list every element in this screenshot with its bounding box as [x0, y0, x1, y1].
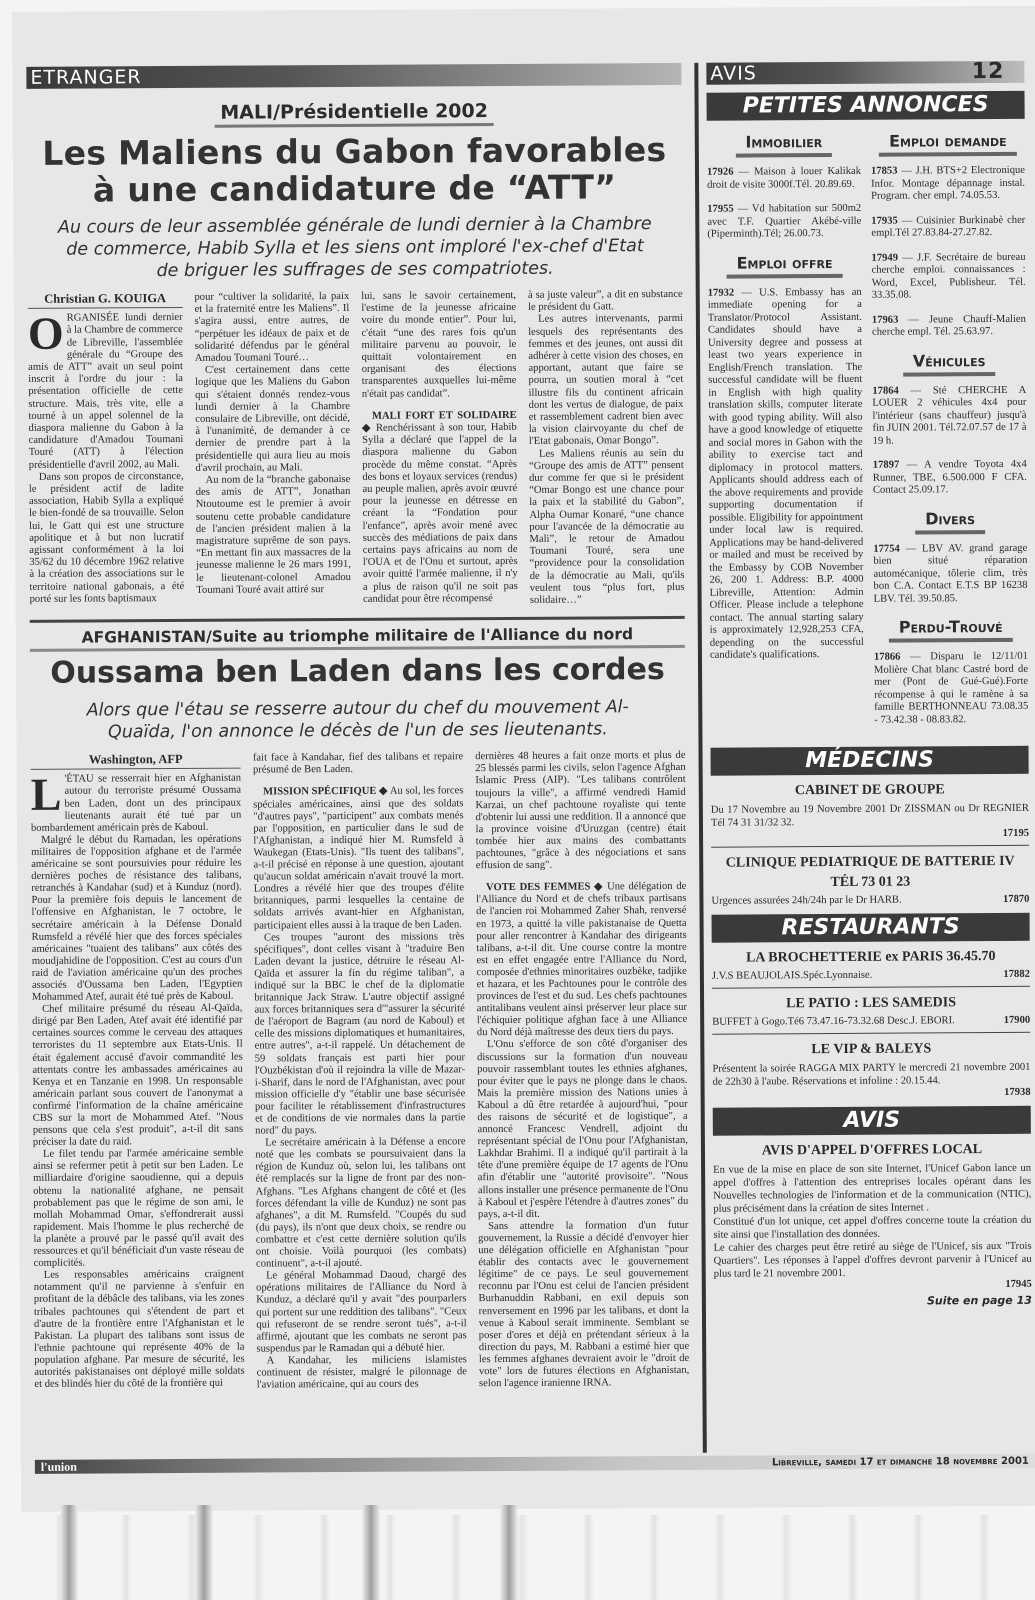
- page-footer: l'union Libreville, samedi 17 et dimanch…: [35, 1454, 1035, 1474]
- ad-ref: 17882: [1003, 969, 1030, 980]
- category-perdu-trouve: Perdu-Trouvé: [874, 617, 1028, 646]
- classified-ad: 17864 — Sté CHERCHE A LOUER 2 véhicules …: [872, 384, 1026, 447]
- cabinet-text: Du 17 Novembre au 19 Novembre 2001 Dr ZI…: [711, 802, 1029, 830]
- afgh-byline: Washington, AFP: [31, 753, 241, 770]
- classified-ad: 17935 — Cuisinier Burkinabè cher empl.Té…: [871, 214, 1025, 240]
- afgh-subhead-mission: MISSION SPÉCIFIQUE ◆: [263, 786, 387, 798]
- newspaper-logo: l'union: [41, 1459, 77, 1474]
- scan-artifact: [195, 1505, 213, 1600]
- issue-date: Libreville, samedi 17 et dimanche 18 nov…: [772, 1455, 1029, 1468]
- ad-ref: 17870: [1003, 894, 1030, 905]
- classified-ad: 17949 — J.F. Secrétaire de bureau cherch…: [871, 251, 1025, 302]
- section-header-etranger: ETRANGER: [26, 63, 681, 89]
- medecins-banner: MÉDECINS: [711, 746, 1029, 776]
- clinique-text: Urgences assurées 24h/24h par le Dr HARB…: [711, 895, 901, 907]
- mali-article-body: Christian G. KOUIGA ORGANISÉE lundi dern…: [28, 289, 685, 610]
- afghanistan-headline: Oussama ben Laden dans les cordes: [30, 652, 685, 692]
- mali-kicker: MALI/Présidentielle 2002: [27, 99, 682, 129]
- classifieds-left: Immobilier 17926 — Maison à louer Kalika…: [707, 124, 865, 740]
- afghanistan-deck: Alors que l'étau se resserre autour du c…: [30, 696, 685, 744]
- avis-title: AVIS D'APPEL D'OFFRES LOCAL: [713, 1142, 1031, 1160]
- category-vehicules: Véhicules: [872, 350, 1026, 379]
- scan-artifact: [60, 1505, 78, 1600]
- article-divider: [30, 616, 685, 623]
- category-emploi-demande: Emploi demande: [871, 131, 1025, 160]
- section-header-avis: AVIS 12: [706, 61, 1024, 85]
- ad-ref: 17195: [1003, 828, 1030, 839]
- classified-ad: 17955 — Vd habitation sur 500m2 avec T.F…: [707, 203, 861, 241]
- clinique-phone: TÉL 73 01 23: [711, 874, 1029, 892]
- cabinet-title: CABINET DE GROUPE: [711, 782, 1029, 800]
- newspaper-page: ETRANGER MALI/Présidentielle 2002 Les Ma…: [12, 6, 1035, 1512]
- category-immobilier: Immobilier: [707, 132, 861, 161]
- mali-column-3: lui, sans le savoir certainement, l'esti…: [361, 290, 518, 608]
- page-number: 12: [972, 61, 1025, 83]
- category-emploi-offre: Emploi offre: [707, 252, 861, 281]
- dropcap: L: [31, 776, 62, 814]
- afghanistan-kicker: AFGHANISTAN/Suite au triomphe militaire …: [30, 625, 685, 652]
- afgh-subhead-vote: VOTE DES FEMMES ◆: [486, 882, 603, 894]
- etranger-section: ETRANGER MALI/Présidentielle 2002 Les Ma…: [26, 63, 689, 1393]
- classified-ad: 17866 — Disparu le 12/11/01 Molière Chat…: [874, 651, 1028, 727]
- classified-ad: 17926 — Maison à louer Kalikak droit de …: [707, 166, 861, 192]
- mali-headline: Les Maliens du Gabon favorables à une ca…: [27, 131, 682, 209]
- classified-ad: 17853 — J.H. BTS+2 Electronique Infor. M…: [871, 165, 1025, 203]
- scan-artifact: [500, 1505, 518, 1600]
- mali-deck: Au cours de leur assemblée générale de l…: [27, 213, 682, 283]
- classifieds-grid: Immobilier 17926 — Maison à louer Kalika…: [707, 123, 1029, 740]
- dropcap: O: [28, 315, 64, 353]
- continued-link: Suite en page 13: [714, 1294, 1032, 1309]
- afgh-column-3: dernières 48 heures a fait onze morts et…: [475, 750, 689, 1390]
- restaurant-title: LE PATIO : LES SAMEDIS: [712, 995, 1030, 1013]
- afgh-column-1: Washington, AFP L'ÉTAU se resserrait hie…: [31, 753, 245, 1393]
- petites-annonces-banner: PETITES ANNONCES: [707, 91, 1025, 121]
- afgh-column-2: fait face à Kandahar, fief des talibans …: [253, 752, 467, 1392]
- classified-ad: 17932 — U.S. Embassy has an immediate op…: [708, 286, 864, 662]
- restaurant-title: LA BROCHETTERIE ex PARIS 36.45.70: [712, 949, 1030, 967]
- mali-byline: Christian G. KOUIGA: [28, 292, 183, 309]
- mali-column-2: pour “cultiver la solidarité, la paix et…: [194, 291, 351, 609]
- classified-ad: 17963 — Jeune Chauff-Malien cherche empl…: [872, 313, 1026, 339]
- scan-artifact: [362, 1505, 380, 1600]
- restaurant-title: LE VIP & BALEYS: [712, 1041, 1030, 1059]
- rule: [711, 845, 1029, 848]
- restaurants-banner: RESTAURANTS: [712, 913, 1030, 943]
- avis-banner: AVIS: [713, 1106, 1031, 1136]
- ad-ref: 17900: [1004, 1015, 1031, 1026]
- afghanistan-article-body: Washington, AFP L'ÉTAU se resserrait hie…: [31, 750, 690, 1393]
- mali-column-4: à sa juste valeur”, a dit en substance l…: [528, 289, 685, 607]
- rule: [712, 986, 1030, 989]
- avis-section: AVIS 12 PETITES ANNONCES Immobilier 1792…: [694, 61, 1032, 1453]
- mali-column-1: Christian G. KOUIGA ORGANISÉE lundi dern…: [28, 292, 185, 610]
- classified-ad: 17754 — LBV AV. grand garage bien situé …: [873, 542, 1027, 605]
- classified-ad: 17897 — A vendre Toyota 4x4 Runner, TBE,…: [873, 459, 1027, 497]
- clinique-title: CLINIQUE PEDIATRIQUE DE BATTERIE IV: [711, 854, 1029, 872]
- ad-ref: 17945: [1005, 1279, 1032, 1290]
- classifieds-right: Emploi demande 17853 — J.H. BTS+2 Electr…: [871, 123, 1029, 739]
- ad-ref: 17938: [1004, 1087, 1031, 1098]
- rule: [712, 1032, 1030, 1035]
- category-divers: Divers: [873, 508, 1027, 537]
